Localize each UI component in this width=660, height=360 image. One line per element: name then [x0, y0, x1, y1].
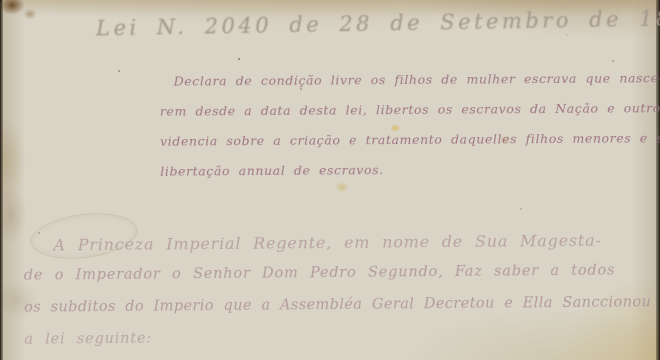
- manuscript-page: Lei N. 2040 de 28 de Setembro de 1871. D…: [0, 0, 660, 360]
- summary-line: libertação annual de escravos.: [160, 160, 652, 193]
- summary-line: rem desde a data desta lei, libertos os …: [160, 100, 652, 133]
- scan-edge-left: [0, 0, 3, 360]
- law-summary: Declara de condição livre os filhos de m…: [160, 70, 653, 193]
- enacting-clause: A Princeza Imperial Regente, em nome de …: [23, 230, 652, 360]
- body-line: A Princeza Imperial Regente, em nome de …: [23, 230, 651, 267]
- summary-line: videncia sobre a criação e tratamento da…: [160, 130, 652, 163]
- body-line: a lei seguinte:: [24, 326, 652, 360]
- scan-edge-right: [656, 0, 660, 360]
- summary-line: Declara de condição livre os filhos de m…: [160, 70, 652, 103]
